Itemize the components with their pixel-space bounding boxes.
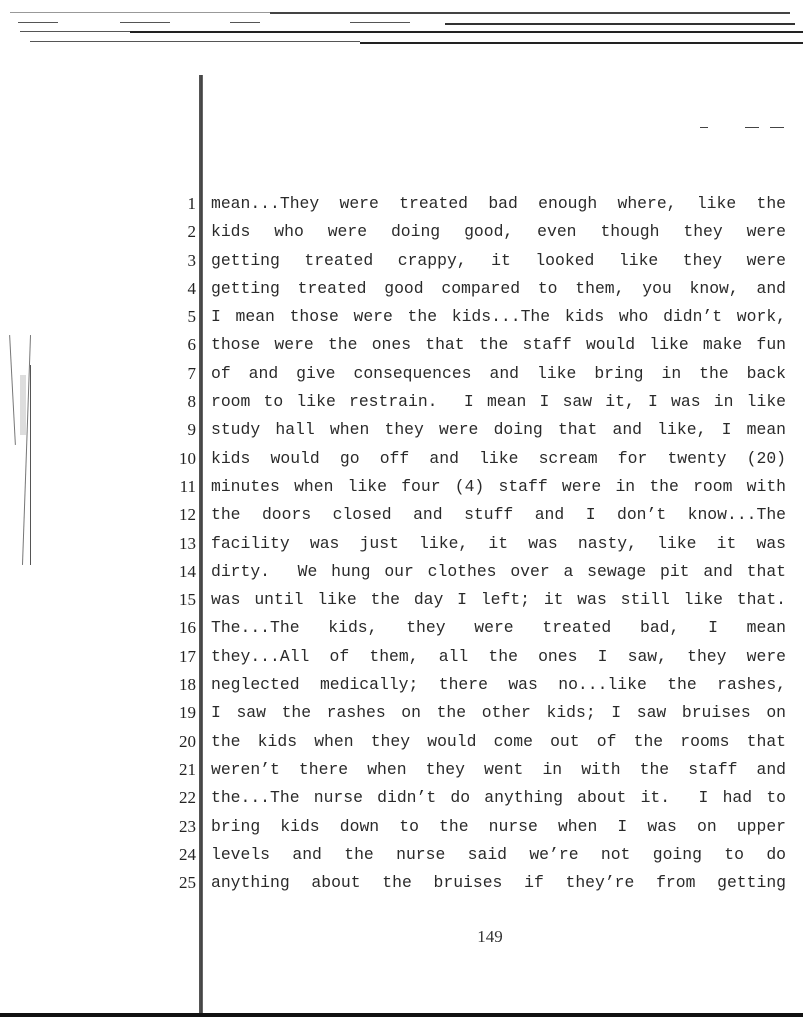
line-number: 20 <box>150 728 196 756</box>
line-number: 25 <box>150 869 196 897</box>
line-number: 3 <box>150 247 196 275</box>
transcript-line: was until like the day I left; it was st… <box>211 586 786 614</box>
margin-rule <box>199 75 203 1017</box>
transcript-line: getting treated good compared to them, y… <box>211 275 786 303</box>
line-number: 14 <box>150 558 196 586</box>
line-number: 6 <box>150 331 196 359</box>
transcript-line: of and give consequences and like bring … <box>211 360 786 388</box>
transcript-line: The...The kids, they were treated bad, I… <box>211 614 786 642</box>
transcript-line: mean...They were treated bad enough wher… <box>211 190 786 218</box>
transcript-line: they...All of them, all the ones I saw, … <box>211 643 786 671</box>
transcript-line: levels and the nurse said we’re not goin… <box>211 841 786 869</box>
transcript-line: weren’t there when they went in with the… <box>211 756 786 784</box>
line-number: 24 <box>150 841 196 869</box>
transcript-line: the kids when they would come out of the… <box>211 728 786 756</box>
line-number: 1 <box>150 190 196 218</box>
line-number: 5 <box>150 303 196 331</box>
transcript-line: getting treated crappy, it looked like t… <box>211 247 786 275</box>
transcript-line: study hall when they were doing that and… <box>211 416 786 444</box>
transcript-line: the doors closed and stuff and I don’t k… <box>211 501 786 529</box>
line-number: 23 <box>150 813 196 841</box>
transcript-line: dirty. We hung our clothes over a sewage… <box>211 558 786 586</box>
transcript-line: kids would go off and like scream for tw… <box>211 445 786 473</box>
page-number: 149 <box>470 927 510 947</box>
binding-shadow-marks <box>8 335 38 565</box>
line-number: 21 <box>150 756 196 784</box>
transcript-body: mean...They were treated bad enough wher… <box>211 190 786 897</box>
line-number: 16 <box>150 614 196 642</box>
line-number: 9 <box>150 416 196 444</box>
scan-bottom-edge <box>0 1013 803 1017</box>
line-number: 22 <box>150 784 196 812</box>
scan-header-artifacts <box>0 0 803 60</box>
transcript-line: bring kids down to the nurse when I was … <box>211 813 786 841</box>
line-number: 11 <box>150 473 196 501</box>
line-number: 19 <box>150 699 196 727</box>
transcript-line: I mean those were the kids...The kids wh… <box>211 303 786 331</box>
line-number: 18 <box>150 671 196 699</box>
transcript-line: room to like restrain. I mean I saw it, … <box>211 388 786 416</box>
line-number: 15 <box>150 586 196 614</box>
line-number: 8 <box>150 388 196 416</box>
line-number: 7 <box>150 360 196 388</box>
line-number: 12 <box>150 501 196 529</box>
transcript-line: minutes when like four (4) staff were in… <box>211 473 786 501</box>
transcript-line: anything about the bruises if they’re fr… <box>211 869 786 897</box>
line-number: 17 <box>150 643 196 671</box>
scan-corner-marks <box>700 125 790 131</box>
line-number: 10 <box>150 445 196 473</box>
transcript-line: those were the ones that the staff would… <box>211 331 786 359</box>
transcript-line: the...The nurse didn’t do anything about… <box>211 784 786 812</box>
transcript-line: neglected medically; there was no...like… <box>211 671 786 699</box>
line-number: 4 <box>150 275 196 303</box>
line-number: 2 <box>150 218 196 246</box>
transcript-line: kids who were doing good, even though th… <box>211 218 786 246</box>
line-number-column: 1 2 3 4 5 6 7 8 9 10 11 12 13 14 15 16 1… <box>150 190 196 897</box>
transcript-line: I saw the rashes on the other kids; I sa… <box>211 699 786 727</box>
line-number: 13 <box>150 530 196 558</box>
transcript-line: facility was just like, it was nasty, li… <box>211 530 786 558</box>
